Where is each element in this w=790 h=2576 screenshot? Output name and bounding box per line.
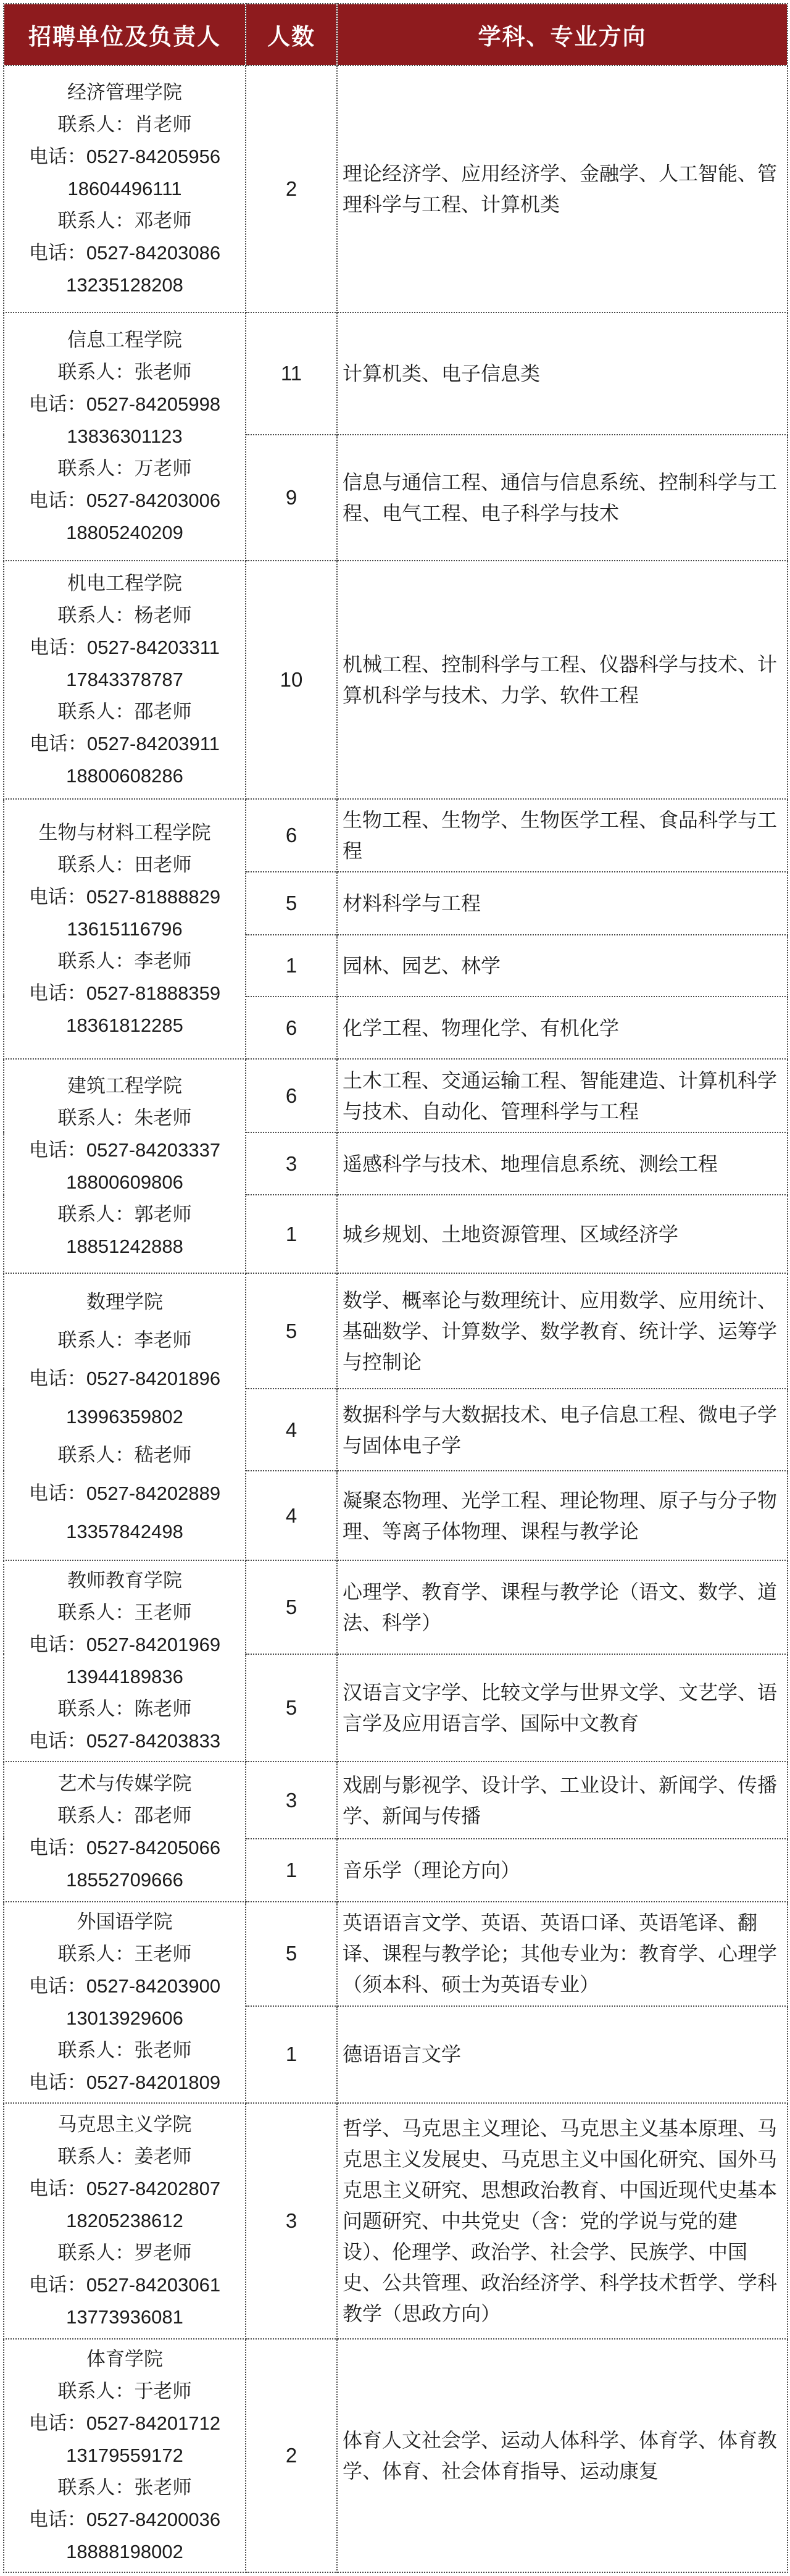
contact-line: 联系人：王老师 [7,1938,243,1970]
count-cell: 1 [246,2006,337,2103]
contact-line: 联系人：罗老师 [7,2237,243,2269]
count-cell: 2 [246,65,337,312]
unit-cell-information-engineering: 信息工程学院 联系人：张老师 电话：0527-84205998 13836301… [4,312,246,561]
table-row: 体育学院 联系人：于老师 电话：0527-84201712 1317955917… [4,2339,788,2572]
unit-cell-mathematics-physics: 数理学院 联系人：李老师 电话：0527-84201896 1399635980… [4,1273,246,1560]
table-row: 外国语学院 联系人：王老师 电话：0527-84203900 130139296… [4,1902,788,2006]
count-cell: 4 [246,1389,337,1471]
contact-line: 18361812285 [7,1010,243,1042]
contact-line: 13996359802 [7,1398,243,1436]
recruitment-table-page: 招聘单位及负责人 人数 学科、专业方向 经济管理学院 联系人：肖老师 电话：05… [0,0,790,2576]
contact-line: 联系人：李老师 [7,1321,243,1360]
contact-line: 电话：0527-84205998 [7,388,243,420]
unit-cell-physical-education: 体育学院 联系人：于老师 电话：0527-84201712 1317955917… [4,2339,246,2572]
majors-cell: 汉语言文字学、比较文学与世界文学、文艺学、语言学及应用语言学、国际中文教育 [337,1654,788,1762]
contact-line: 电话：0527-81888829 [7,881,243,913]
college-name: 生物与材料工程学院 [7,817,243,849]
contact-line: 电话：0527-84205956 [7,141,243,173]
contact-line: 联系人：张老师 [7,2034,243,2067]
contact-line: 电话：0527-84200036 [7,2504,243,2536]
contact-line: 电话：0527-84205066 [7,1832,243,1864]
contact-line: 17843378787 [7,664,243,696]
count-cell: 6 [246,1059,337,1132]
table-row: 马克思主义学院 联系人：姜老师 电话：0527-84202807 1820523… [4,2103,788,2339]
majors-cell: 信息与通信工程、通信与信息系统、控制科学与工程、电气工程、电子科学与技术 [337,435,788,561]
college-name: 马克思主义学院 [7,2109,243,2141]
table-row: 生物与材料工程学院 联系人：田老师 电话：0527-81888829 13615… [4,799,788,872]
contact-line: 联系人：张老师 [7,2472,243,2504]
count-cell: 1 [246,1195,337,1273]
contact-line: 联系人：邵老师 [7,1800,243,1832]
table-row: 信息工程学院 联系人：张老师 电话：0527-84205998 13836301… [4,312,788,435]
contact-line: 18800609806 [7,1166,243,1198]
contact-line: 18805240209 [7,517,243,549]
count-cell: 1 [246,935,337,997]
contact-line: 13836301123 [7,420,243,453]
contact-line: 18205238612 [7,2205,243,2237]
majors-cell: 理论经济学、应用经济学、金融学、人工智能、管理科学与工程、计算机类 [337,65,788,312]
contact-line: 13357842498 [7,1513,243,1551]
contact-line: 联系人：李老师 [7,945,243,977]
unit-cell-mechatronic-engineering: 机电工程学院 联系人：杨老师 电话：0527-84203311 17843378… [4,561,246,799]
unit-cell-foreign-languages: 外国语学院 联系人：王老师 电话：0527-84203900 130139296… [4,1902,246,2103]
contact-line: 联系人：姜老师 [7,2141,243,2173]
table-row: 艺术与传媒学院 联系人：邵老师 电话：0527-84205066 1855270… [4,1762,788,1839]
contact-line: 联系人：邓老师 [7,205,243,237]
contact-line: 电话：0527-84203311 [7,632,243,664]
table-row: 数理学院 联系人：李老师 电话：0527-84201896 1399635980… [4,1273,788,1389]
count-cell: 11 [246,312,337,435]
contact-line: 联系人：杨老师 [7,600,243,632]
count-cell: 5 [246,1273,337,1389]
contact-line: 联系人：张老师 [7,356,243,388]
college-name: 外国语学院 [7,1906,243,1938]
contact-line: 18552709666 [7,1864,243,1896]
college-name: 教师教育学院 [7,1565,243,1597]
unit-cell-teacher-education: 教师教育学院 联系人：王老师 电话：0527-84201969 13944189… [4,1560,246,1762]
contact-line: 18888198002 [7,2536,243,2568]
college-name: 信息工程学院 [7,324,243,356]
contact-line: 电话：0527-84201969 [7,1629,243,1661]
table-row: 教师教育学院 联系人：王老师 电话：0527-84201969 13944189… [4,1560,788,1654]
majors-cell: 计算机类、电子信息类 [337,312,788,435]
contact-line: 13615116796 [7,913,243,945]
count-cell: 6 [246,997,337,1059]
contact-line: 18851242888 [7,1231,243,1263]
majors-cell: 机械工程、控制科学与工程、仪器科学与技术、计算机科学与技术、力学、软件工程 [337,561,788,799]
count-cell: 3 [246,1132,337,1195]
college-name: 体育学院 [7,2343,243,2375]
contact-line: 13013929606 [7,2002,243,2034]
column-header-unit: 招聘单位及负责人 [4,4,246,65]
contact-line: 电话：0527-81888359 [7,977,243,1010]
unit-cell-art-media: 艺术与传媒学院 联系人：邵老师 电话：0527-84205066 1855270… [4,1762,246,1902]
contact-line: 联系人：万老师 [7,453,243,485]
unit-cell-architectural-engineering: 建筑工程学院 联系人：朱老师 电话：0527-84203337 18800609… [4,1059,246,1273]
college-name: 建筑工程学院 [7,1070,243,1102]
contact-line: 电话：0527-84202889 [7,1474,243,1513]
table-row: 建筑工程学院 联系人：朱老师 电话：0527-84203337 18800609… [4,1059,788,1132]
majors-cell: 德语语言文学 [337,2006,788,2103]
majors-cell: 化学工程、物理化学、有机化学 [337,997,788,1059]
contact-line: 13773936081 [7,2301,243,2333]
recruitment-table: 招聘单位及负责人 人数 学科、专业方向 经济管理学院 联系人：肖老师 电话：05… [3,3,788,2573]
contact-line: 13235128208 [7,269,243,301]
contact-line: 联系人：王老师 [7,1597,243,1629]
contact-line: 电话：0527-84203006 [7,485,243,517]
college-name: 经济管理学院 [7,77,243,109]
count-cell: 5 [246,872,337,935]
contact-line: 联系人：郭老师 [7,1198,243,1231]
count-cell: 5 [246,1654,337,1762]
unit-cell-biology-materials: 生物与材料工程学院 联系人：田老师 电话：0527-81888829 13615… [4,799,246,1059]
count-cell: 2 [246,2339,337,2572]
column-header-majors: 学科、专业方向 [337,4,788,65]
contact-line: 联系人：邵老师 [7,696,243,728]
count-cell: 5 [246,1902,337,2006]
contact-line: 电话：0527-84203911 [7,728,243,760]
contact-line: 联系人：于老师 [7,2375,243,2407]
contact-line: 电话：0527-84201712 [7,2407,243,2440]
table-row: 机电工程学院 联系人：杨老师 电话：0527-84203311 17843378… [4,561,788,799]
count-cell: 1 [246,1839,337,1902]
majors-cell: 城乡规划、土地资源管理、区域经济学 [337,1195,788,1273]
majors-cell: 凝聚态物理、光学工程、理论物理、原子与分子物理、等离子体物理、课程与教学论 [337,1471,788,1560]
contact-line: 电话：0527-84201809 [7,2067,243,2099]
college-name: 数理学院 [7,1283,243,1321]
majors-cell: 遥感科学与技术、地理信息系统、测绘工程 [337,1132,788,1195]
majors-cell: 哲学、马克思主义理论、马克思主义基本原理、马克思主义发展史、马克思主义中国化研究… [337,2103,788,2339]
contact-line: 13944189836 [7,1661,243,1693]
count-cell: 6 [246,799,337,872]
contact-line: 联系人：陈老师 [7,1693,243,1725]
table-header-row: 招聘单位及负责人 人数 学科、专业方向 [4,4,788,65]
count-cell: 10 [246,561,337,799]
contact-line: 电话：0527-84201896 [7,1360,243,1398]
count-cell: 9 [246,435,337,561]
majors-cell: 园林、园艺、林学 [337,935,788,997]
contact-line: 电话：0527-84202807 [7,2173,243,2205]
majors-cell: 音乐学（理论方向） [337,1839,788,1902]
contact-line: 电话：0527-84203061 [7,2269,243,2301]
college-name: 艺术与传媒学院 [7,1768,243,1800]
column-header-count: 人数 [246,4,337,65]
contact-line: 电话：0527-84203900 [7,1970,243,2002]
college-name: 机电工程学院 [7,567,243,600]
count-cell: 4 [246,1471,337,1560]
contact-line: 联系人：嵇老师 [7,1436,243,1474]
majors-cell: 心理学、教育学、课程与教学论（语文、数学、道法、科学） [337,1560,788,1654]
majors-cell: 材料科学与工程 [337,872,788,935]
majors-cell: 数据科学与大数据技术、电子信息工程、微电子学与固体电子学 [337,1389,788,1471]
majors-cell: 数学、概率论与数理统计、应用数学、应用统计、基础数学、计算数学、数学教育、统计学… [337,1273,788,1389]
majors-cell: 英语语言文学、英语、英语口译、英语笔译、翻译、课程与教学论；其他专业为：教育学、… [337,1902,788,2006]
contact-line: 联系人：肖老师 [7,109,243,141]
unit-cell-economics-management: 经济管理学院 联系人：肖老师 电话：0527-84205956 18604496… [4,65,246,312]
contact-line: 电话：0527-84203833 [7,1725,243,1757]
contact-line: 联系人：朱老师 [7,1102,243,1134]
table-row: 经济管理学院 联系人：肖老师 电话：0527-84205956 18604496… [4,65,788,312]
majors-cell: 戏剧与影视学、设计学、工业设计、新闻学、传播学、新闻与传播 [337,1762,788,1839]
count-cell: 3 [246,2103,337,2339]
contact-line: 联系人：田老师 [7,849,243,881]
contact-line: 电话：0527-84203337 [7,1134,243,1166]
majors-cell: 土木工程、交通运输工程、智能建造、计算机科学与技术、自动化、管理科学与工程 [337,1059,788,1132]
majors-cell: 生物工程、生物学、生物医学工程、食品科学与工程 [337,799,788,872]
contact-line: 18604496111 [7,173,243,205]
contact-line: 电话：0527-84203086 [7,237,243,269]
majors-cell: 体育人文社会学、运动人体科学、体育学、体育教学、体育、社会体育指导、运动康复 [337,2339,788,2572]
count-cell: 5 [246,1560,337,1654]
contact-line: 13179559172 [7,2440,243,2472]
count-cell: 3 [246,1762,337,1839]
unit-cell-marxism: 马克思主义学院 联系人：姜老师 电话：0527-84202807 1820523… [4,2103,246,2339]
contact-line: 18800608286 [7,760,243,792]
